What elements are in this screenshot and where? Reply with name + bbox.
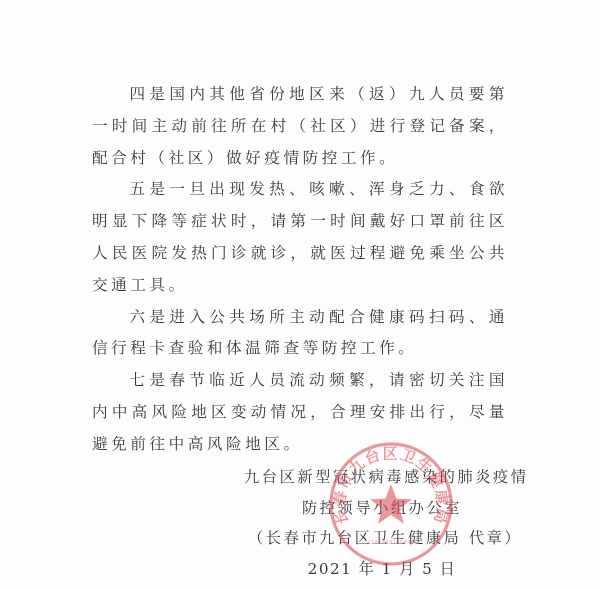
document-page: 四是国内其他省份地区来（返）九人员要第一时间主动前往所在村（社区）进行登记备案，… [0,0,600,589]
issuing-office-line1: 九台区新型冠状病毒感染的肺炎疫情 [244,462,508,493]
notice-body: 四是国内其他省份地区来（返）九人员要第一时间主动前往所在村（社区）进行登记备案，… [92,79,508,461]
paragraph-seven: 七是春节临近人员流动频繁，请密切关注国内中高风险地区变动情况，合理安排出行，尽量… [92,365,508,460]
paragraph-four: 四是国内其他省份地区来（返）九人员要第一时间主动前往所在村（社区）进行登记备案，… [92,79,508,174]
paragraph-six: 六是进入公共场所主动配合健康码扫码、通信行程卡查验和体温筛查等防控工作。 [92,302,508,366]
issuing-office-line2: 防控领导小组办公室 [256,493,508,524]
issue-date: 2021 年 1 月 5 日 [256,554,508,585]
signature-block: 九台区新型冠状病毒感染的肺炎疫情 防控领导小组办公室 （长春市九台区卫生健康局 … [248,462,508,584]
seal-agent-note: （长春市九台区卫生健康局 代章） [248,523,508,554]
paragraph-five: 五是一旦出现发热、咳嗽、浑身乏力、食欲明显下降等症状时，请第一时间戴好口罩前往区… [92,174,508,301]
